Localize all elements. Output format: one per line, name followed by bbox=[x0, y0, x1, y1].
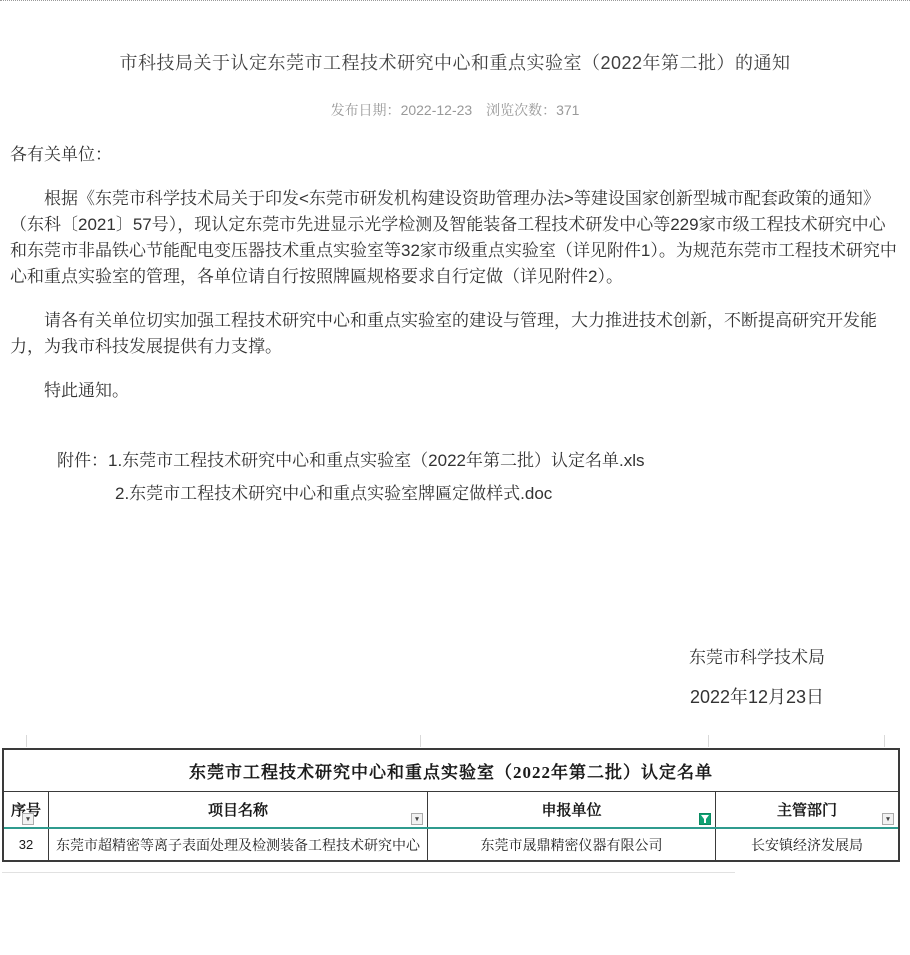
signature-org: 东莞市科学技术局 bbox=[632, 643, 882, 668]
views-label: 浏览次数： bbox=[486, 102, 556, 118]
publish-meta: 发布日期：2022-12-23 浏览次数：371 bbox=[0, 100, 910, 120]
header-label-applicant: 申报单位 bbox=[541, 799, 601, 820]
gridline bbox=[708, 735, 709, 747]
dropdown-arrow-icon: ▾ bbox=[886, 816, 890, 823]
gridline bbox=[2, 872, 735, 873]
row-cell-seq: 32 bbox=[4, 829, 48, 860]
publish-date-label: 发布日期： bbox=[331, 102, 401, 118]
notice-page: 市科技局关于认定东莞市工程技术研究中心和重点实验室（2022年第二批）的通知 发… bbox=[0, 0, 910, 955]
dropdown-arrow-icon: ▾ bbox=[415, 816, 419, 823]
attachment-link-doc[interactable]: 2.东莞市工程技术研究中心和重点实验室牌匾定做样式.doc bbox=[115, 484, 552, 503]
header-label-department: 主管部门 bbox=[777, 799, 837, 820]
spreadsheet-gridline-strip bbox=[2, 735, 900, 748]
publish-date: 2022-12-23 bbox=[401, 102, 473, 118]
header-cell-department: 主管部门 ▾ bbox=[715, 792, 898, 827]
body-paragraph-2: 请各有关单位切实加强工程技术研究中心和重点实验室的建设与管理，大力推进技术创新，… bbox=[10, 308, 900, 360]
table-title: 东莞市工程技术研究中心和重点实验室（2022年第二批）认定名单 bbox=[4, 750, 898, 791]
funnel-filter-icon bbox=[701, 815, 709, 824]
body-paragraph-1: 根据《东莞市科学技术局关于印发<东莞市研发机构建设资助管理办法>等建设国家创新型… bbox=[10, 186, 900, 290]
row-cell-project: 东莞市超精密等离子表面处理及检测装备工程技术研究中心 bbox=[48, 829, 427, 860]
gridline bbox=[26, 735, 27, 747]
gridline bbox=[884, 735, 885, 747]
views-count: 371 bbox=[556, 102, 579, 118]
attachment-line-2: 2.东莞市工程技术研究中心和重点实验室牌匾定做样式.doc bbox=[115, 483, 900, 505]
row-cell-department: 长安镇经济发展局 bbox=[715, 829, 898, 860]
filter-dropdown-department[interactable]: ▾ bbox=[882, 813, 894, 825]
header-cell-seq: 序号 ▾ bbox=[4, 792, 48, 827]
table-row: 32 东莞市超精密等离子表面处理及检测装备工程技术研究中心 东莞市晟鼎精密仪器有… bbox=[4, 829, 898, 860]
notice-body: 各有关单位： 根据《东莞市科学技术局关于印发<东莞市研发机构建设资助管理办法>等… bbox=[10, 142, 900, 404]
dropdown-arrow-icon: ▾ bbox=[26, 816, 30, 823]
closing-line: 特此通知。 bbox=[10, 378, 900, 404]
filter-dropdown-project[interactable]: ▾ bbox=[411, 813, 423, 825]
header-label-project: 项目名称 bbox=[208, 799, 268, 820]
page-title: 市科技局关于认定东莞市工程技术研究中心和重点实验室（2022年第二批）的通知 bbox=[0, 49, 910, 75]
row-cell-applicant: 东莞市晟鼎精密仪器有限公司 bbox=[427, 829, 715, 860]
header-cell-applicant: 申报单位 bbox=[427, 792, 715, 827]
signature-date: 2022年12月23日 bbox=[632, 683, 882, 709]
filter-active-applicant[interactable] bbox=[699, 813, 711, 825]
attachments-block: 附件：1.东莞市工程技术研究中心和重点实验室（2022年第二批）认定名单.xls… bbox=[57, 450, 900, 505]
table-header-row: 序号 ▾ 项目名称 ▾ 申报单位 bbox=[4, 791, 898, 829]
gridline bbox=[420, 735, 421, 747]
embedded-spreadsheet: 东莞市工程技术研究中心和重点实验室（2022年第二批）认定名单 序号 ▾ 项目名… bbox=[2, 735, 900, 862]
attachments-label: 附件： bbox=[57, 451, 108, 470]
attachment-link-xls[interactable]: 1.东莞市工程技术研究中心和重点实验室（2022年第二批）认定名单.xls bbox=[108, 451, 645, 470]
signature-block: 东莞市科学技术局 2022年12月23日 bbox=[632, 643, 882, 709]
salutation: 各有关单位： bbox=[10, 142, 900, 168]
header-cell-project: 项目名称 ▾ bbox=[48, 792, 427, 827]
filter-dropdown-seq[interactable]: ▾ bbox=[22, 813, 34, 825]
recognition-list-table: 东莞市工程技术研究中心和重点实验室（2022年第二批）认定名单 序号 ▾ 项目名… bbox=[2, 748, 900, 862]
attachment-line-1: 附件：1.东莞市工程技术研究中心和重点实验室（2022年第二批）认定名单.xls bbox=[57, 450, 900, 472]
